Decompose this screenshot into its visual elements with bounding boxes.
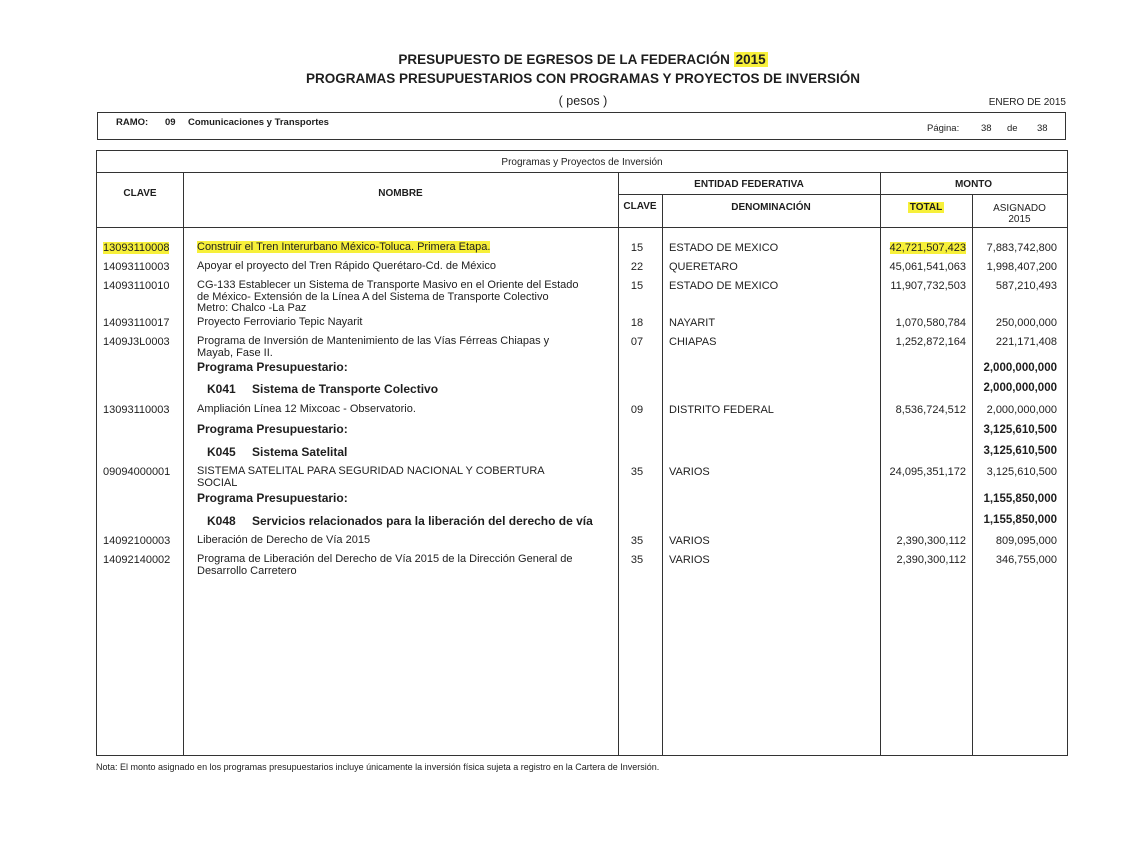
project-total: 2,390,300,112: [882, 554, 966, 566]
subprogram-name: Sistema de Transporte Colectivo: [252, 382, 438, 396]
ramo-label: RAMO:: [116, 117, 148, 128]
project-total: 2,390,300,112: [882, 535, 966, 547]
project-nombre: Apoyar el proyecto del Tren Rápido Queré…: [197, 261, 582, 273]
project-clave: 09094000001: [103, 466, 183, 478]
project-asignado: 2,000,000,000: [977, 404, 1057, 416]
entidad-denominacion: VARIOS: [669, 535, 879, 547]
footer-note: Nota: El monto asignado en los programas…: [96, 762, 659, 772]
project-asignado: 587,210,493: [977, 280, 1057, 292]
project-total: 45,061,541,063: [882, 261, 966, 273]
project-nombre: Ampliación Línea 12 Mixcoac - Observator…: [197, 404, 582, 416]
program-label: Programa Presupuestario:: [197, 493, 582, 505]
header-entidad-federativa: ENTIDAD FEDERATIVA: [618, 179, 880, 190]
subprogram-code: K045: [207, 445, 236, 459]
project-clave: 1409J3L0003: [103, 336, 183, 348]
subprogram-code: K041: [207, 382, 236, 396]
entidad-denominacion: ESTADO DE MEXICO: [669, 242, 879, 254]
entidad-denominacion: VARIOS: [669, 554, 879, 566]
subprogram-asignado: 2,000,000,000: [977, 382, 1057, 394]
document-subtitle: PROGRAMAS PRESUPUESTARIOS CON PROGRAMAS …: [0, 71, 1130, 86]
project-clave: 14092140002: [103, 554, 183, 566]
entidad-clave: 09: [617, 404, 657, 416]
project-clave: 14093110003: [103, 261, 183, 273]
entidad-clave: 07: [617, 336, 657, 348]
project-total: 42,721,507,423: [890, 242, 966, 254]
subprogram-name: Sistema Satelital: [252, 445, 347, 459]
project-total: 1,252,872,164: [882, 336, 966, 348]
program-asignado: 3,125,610,500: [977, 424, 1057, 436]
entidad-denominacion: DISTRITO FEDERAL: [669, 404, 879, 416]
entidad-clave: 22: [617, 261, 657, 273]
program-asignado: 1,155,850,000: [977, 493, 1057, 505]
ramo-number: 09: [165, 117, 176, 128]
entidad-denominacion: CHIAPAS: [669, 336, 879, 348]
project-asignado: 7,883,742,800: [977, 242, 1057, 254]
program-label: Programa Presupuestario:: [197, 362, 582, 374]
divider: [662, 194, 663, 755]
entidad-clave: 35: [617, 535, 657, 547]
divider: [972, 194, 973, 755]
entidad-clave: 18: [617, 317, 657, 329]
header-total: TOTAL: [880, 202, 972, 213]
project-nombre: Programa de Inversión de Mantenimiento d…: [197, 336, 582, 359]
page-of: de: [1007, 123, 1018, 134]
project-total: 11,907,732,503: [882, 280, 966, 292]
header-denominacion: DENOMINACIÓN: [662, 202, 880, 213]
header-asignado: ASIGNADO2015: [972, 203, 1067, 225]
project-nombre: Proyecto Ferroviario Tepic Nayarit: [197, 317, 582, 329]
header-nombre: NOMBRE: [183, 188, 618, 199]
project-total: 1,070,580,784: [882, 317, 966, 329]
section-title: Programas y Proyectos de Inversión: [97, 157, 1067, 168]
entidad-clave: 35: [617, 554, 657, 566]
header-entidad-clave: CLAVE: [618, 201, 662, 212]
divider: [618, 194, 1067, 195]
project-clave: 14093110017: [103, 317, 183, 329]
project-nombre: Construir el Tren Interurbano México-Tol…: [197, 241, 490, 253]
project-nombre: Liberación de Derecho de Vía 2015: [197, 535, 582, 547]
header-monto: MONTO: [880, 179, 1067, 190]
subprogram-name: Servicios relacionados para la liberació…: [252, 514, 593, 528]
program-label: Programa Presupuestario:: [197, 424, 582, 436]
project-asignado: 3,125,610,500: [977, 466, 1057, 478]
divider: [97, 227, 1067, 228]
project-asignado: 250,000,000: [977, 317, 1057, 329]
project-clave: 14092100003: [103, 535, 183, 547]
project-clave: 13093110003: [103, 404, 183, 416]
entidad-denominacion: QUERETARO: [669, 261, 879, 273]
document-title: PRESUPUESTO DE EGRESOS DE LA FEDERACIÓN …: [0, 52, 1130, 67]
document-date: ENERO DE 2015: [989, 97, 1066, 108]
project-asignado: 1,998,407,200: [977, 261, 1057, 273]
project-clave: 14093110010: [103, 280, 183, 292]
entidad-clave: 35: [617, 466, 657, 478]
entidad-denominacion: ESTADO DE MEXICO: [669, 280, 879, 292]
entidad-clave: 15: [617, 242, 657, 254]
page-label: Página:: [927, 123, 959, 134]
divider: [183, 172, 184, 755]
entidad-clave: 15: [617, 280, 657, 292]
divider: [97, 172, 1067, 173]
project-total: 24,095,351,172: [882, 466, 966, 478]
project-asignado: 346,755,000: [977, 554, 1057, 566]
units-label: ( pesos ): [0, 94, 1130, 108]
project-nombre: SISTEMA SATELITAL PARA SEGURIDAD NACIONA…: [197, 466, 582, 489]
title-text: PRESUPUESTO DE EGRESOS DE LA FEDERACIÓN: [398, 52, 733, 67]
project-nombre: Programa de Liberación del Derecho de Ví…: [197, 554, 582, 577]
project-asignado: 809,095,000: [977, 535, 1057, 547]
project-clave: 13093110008: [103, 242, 169, 254]
page-total: 38: [1037, 123, 1048, 134]
entidad-denominacion: VARIOS: [669, 466, 879, 478]
subprogram-code: K048: [207, 514, 236, 528]
divider: [618, 172, 619, 755]
entidad-denominacion: NAYARIT: [669, 317, 879, 329]
project-total: 8,536,724,512: [882, 404, 966, 416]
divider: [880, 172, 881, 755]
ramo-name: Comunicaciones y Transportes: [188, 117, 329, 128]
project-nombre: CG-133 Establecer un Sistema de Transpor…: [197, 280, 582, 315]
subprogram-asignado: 1,155,850,000: [977, 514, 1057, 526]
subprogram-asignado: 3,125,610,500: [977, 445, 1057, 457]
title-year-highlighted: 2015: [734, 52, 768, 67]
program-asignado: 2,000,000,000: [977, 362, 1057, 374]
project-asignado: 221,171,408: [977, 336, 1057, 348]
page-current: 38: [981, 123, 992, 134]
header-clave: CLAVE: [97, 188, 183, 199]
